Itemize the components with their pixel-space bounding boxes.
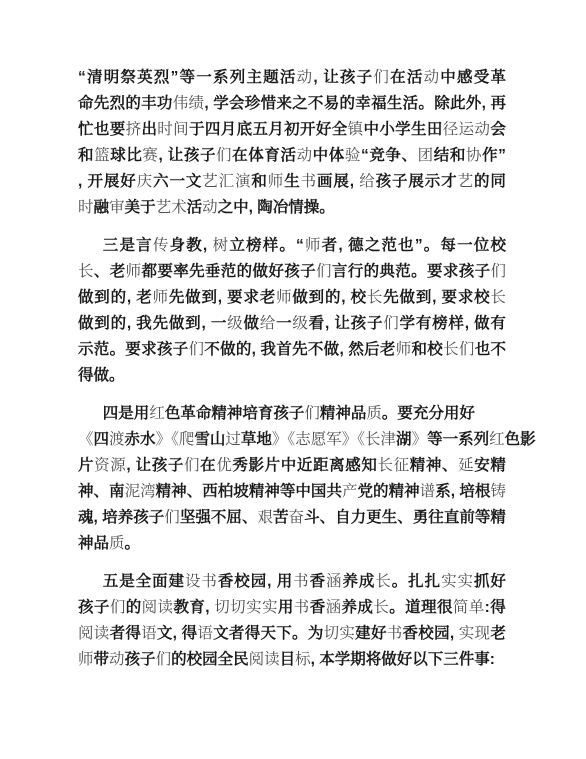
light-glyph: 动	[297, 147, 313, 164]
light-glyph: 优	[216, 457, 232, 474]
light-glyph: 长	[375, 573, 391, 590]
light-glyph: 阅	[78, 625, 94, 642]
light-glyph: 师	[153, 289, 169, 306]
light-glyph: 演	[235, 173, 251, 190]
light-glyph: 《	[357, 431, 365, 448]
paragraph: 五是全面建设书香校园, 用书香涵养成长。扎扎实实抓好孩子们的阅读教育, 切切实实…	[78, 569, 506, 673]
light-glyph: 涵	[326, 573, 342, 590]
document-text: “清明祭英烈”等一系列主题活动, 让孩子们在活动中感受革命先烈的丰功伟绩, 学会…	[78, 65, 506, 685]
text-line: 示范。要求孩子们不做的, 我首先不做, 然后老师和校长们也不	[78, 337, 506, 363]
light-glyph: 们	[110, 599, 126, 616]
light-glyph: 设	[185, 573, 201, 590]
light-glyph: 们	[459, 341, 475, 358]
light-glyph: 庆	[137, 173, 153, 190]
light-glyph: 实	[262, 599, 278, 616]
light-glyph: 师	[396, 341, 412, 358]
light-glyph: 》	[342, 431, 358, 448]
light-glyph: 红	[149, 405, 165, 422]
light-glyph: 协	[466, 147, 482, 164]
document-page: “清明祭英烈”等一系列主题活动, 让孩子们在活动中感受革命先烈的丰功伟绩, 学会…	[0, 0, 586, 759]
light-glyph: 征	[394, 457, 410, 474]
light-glyph: 切	[230, 599, 246, 616]
text-line: 忙也要挤出时间于四月底五月初开好全镇中小学生田径运动会	[78, 117, 506, 143]
text-line: “清明祭英烈”等一系列主题活动, 让孩子们在活动中感受革	[78, 65, 506, 91]
light-glyph: 们	[156, 651, 172, 668]
text-line: 四是用红色革命精神培育孩子们精神品质。要充分用好	[78, 401, 506, 427]
light-glyph: 湾	[140, 483, 156, 500]
light-glyph: 长	[78, 263, 94, 280]
text-line: 三是言传身教, 树立榜样。“师者, 德之范也”。每一位校	[78, 233, 506, 259]
paragraph: 三是言传身教, 树立榜样。“师者, 德之范也”。每一位校长、老师都要率先垂范的做…	[78, 233, 506, 389]
light-glyph: 长	[365, 431, 381, 448]
light-glyph: 术	[171, 199, 187, 216]
light-glyph: 愿	[311, 431, 327, 448]
light-glyph: 书	[293, 573, 309, 590]
light-glyph: 简	[453, 599, 469, 616]
text-line: 神、南泥湾精神、西柏坡精神等中国共产党的精神谱系, 培根铸	[78, 479, 506, 505]
light-glyph: 》	[272, 431, 288, 448]
text-line: 命先烈的丰功伟绩, 学会珍惜来之不易的幸福生活。除此外, 再	[78, 91, 506, 117]
light-glyph: 赛	[142, 147, 158, 164]
light-glyph: 动	[297, 69, 314, 86]
light-glyph: 们	[490, 263, 506, 280]
text-line: 时融审美于艺术活动之中, 陶冶情操。	[78, 195, 506, 221]
light-glyph: 产	[342, 483, 358, 500]
light-glyph: 涵	[326, 599, 342, 616]
light-glyph: 长	[373, 599, 389, 616]
light-glyph: 传	[153, 237, 170, 254]
text-line: 神品质。	[78, 531, 506, 557]
light-glyph: 们	[164, 509, 180, 526]
light-glyph: 《	[78, 431, 94, 448]
light-glyph: 动	[202, 199, 218, 216]
light-glyph: 语	[141, 625, 157, 642]
light-glyph: 师	[268, 173, 284, 190]
light-glyph: 实	[339, 625, 355, 642]
light-glyph: 径	[443, 121, 459, 138]
light-glyph: 单	[469, 599, 485, 616]
light-glyph: 实	[441, 573, 457, 590]
light-glyph: 津	[381, 431, 397, 448]
light-glyph: 艺	[202, 173, 218, 190]
light-glyph: 泥	[125, 483, 141, 500]
light-glyph: 实	[459, 625, 475, 642]
light-glyph: 军	[326, 431, 342, 448]
light-glyph: 现	[475, 625, 491, 642]
light-glyph: 读	[264, 651, 280, 668]
light-glyph: 》	[412, 431, 428, 448]
text-line: 做到的, 我先做到, 一级做给一级看, 让孩子们学有榜样, 做有	[78, 311, 506, 337]
light-glyph: 验	[345, 147, 361, 164]
light-glyph: 源	[110, 457, 126, 474]
light-glyph: 实	[458, 573, 474, 590]
light-glyph: 汇	[219, 173, 235, 190]
light-glyph: 师	[126, 263, 142, 280]
light-glyph: 长	[443, 341, 459, 358]
text-line: , 开展好庆六一文艺汇演和师生书画展, 给孩子展示才艺的同	[78, 169, 506, 195]
light-glyph: 们	[189, 341, 205, 358]
light-glyph: 读	[94, 625, 110, 642]
light-glyph: 们	[383, 315, 399, 332]
light-glyph: 书	[201, 573, 217, 590]
light-glyph: 谱	[420, 483, 436, 500]
light-glyph: 》	[156, 431, 172, 448]
light-glyph: 们	[304, 405, 320, 422]
light-glyph: 切	[324, 625, 340, 642]
light-glyph: 师	[304, 237, 322, 254]
light-glyph: 长	[377, 457, 393, 474]
light-glyph: 师	[276, 289, 292, 306]
light-glyph: 爬	[179, 431, 195, 448]
light-glyph: 红	[489, 431, 505, 448]
light-glyph: 们	[216, 147, 232, 164]
light-glyph: 级	[292, 315, 308, 332]
light-glyph: 团	[418, 147, 434, 164]
text-line: 师带动孩子们的校园全民阅读目标, 本学期将做好以下三件事:	[78, 647, 506, 673]
light-glyph: 质	[366, 405, 382, 422]
light-glyph: 间	[173, 121, 189, 138]
paragraph: “清明祭英烈”等一系列主题活动, 让孩子们在活动中感受革命先烈的丰功伟绩, 学会…	[78, 65, 506, 221]
text-line: 得做。	[78, 363, 506, 389]
light-glyph: 实	[246, 599, 262, 616]
text-line: 和篮球比赛, 让孩子们在体育活动中体验“竞争、团结和协作”	[78, 143, 506, 169]
light-glyph: 延	[458, 457, 474, 474]
light-glyph: 给	[359, 173, 375, 190]
light-glyph: 《	[171, 431, 179, 448]
light-glyph: 艺	[156, 199, 172, 216]
light-glyph: 时	[157, 121, 173, 138]
light-glyph: 挤	[126, 121, 142, 138]
light-glyph: 绩	[189, 95, 205, 112]
light-glyph: 奋	[289, 509, 305, 526]
light-glyph: 运	[459, 121, 475, 138]
text-line: 长、老师都要率先垂范的做好孩子们言行的典范。要求孩子们	[78, 259, 506, 285]
light-glyph: 志	[295, 431, 311, 448]
light-glyph: 铸	[490, 483, 506, 500]
paragraph: 四是用红色革命精神培育孩子们精神品质。要充分用好《四渡赤水》《爬雪山过草地》《志…	[78, 401, 506, 557]
light-glyph: 时	[78, 199, 94, 216]
light-glyph: 镇	[348, 121, 364, 138]
text-line: 《四渡赤水》《爬雪山过草地》《志愿军》《长津湖》等一系列红色影	[78, 427, 506, 453]
light-glyph: 质	[109, 535, 125, 552]
light-glyph: 树	[213, 237, 230, 254]
light-glyph: 长	[490, 289, 506, 306]
text-line: 片资源, 让孩子们在优秀影片中近距离感知长征精神、延安精	[78, 453, 506, 479]
light-glyph: 动	[109, 651, 125, 668]
light-glyph: 渡	[109, 431, 125, 448]
light-glyph: 艺	[458, 173, 474, 190]
light-glyph: 书	[294, 599, 310, 616]
light-glyph: 们	[184, 457, 200, 474]
light-glyph: 切	[214, 599, 230, 616]
light-glyph: 过	[225, 431, 241, 448]
light-glyph: 师	[78, 651, 94, 668]
light-glyph: 们	[373, 69, 390, 86]
light-glyph: 书	[301, 173, 317, 190]
text-line: 阅读者得语文, 得语文者得天下。为切实建好书香校园, 实现老	[78, 621, 506, 647]
light-glyph: 篮	[94, 147, 110, 164]
text-line: 五是全面建设书香校园, 用书香涵养成长。扎扎实实抓好	[78, 569, 506, 595]
light-glyph: 长	[367, 289, 383, 306]
text-line: 魂, 培养孩子们坚强不屈、艰苦奋斗、自力更生、勇往直前等精	[78, 505, 506, 531]
light-glyph: 读	[158, 599, 174, 616]
text-line: 孩子们的阅读教育, 切切实实用书香涵养成长。道理很简单:得	[78, 595, 506, 621]
light-glyph: 级	[227, 315, 243, 332]
light-glyph: 阅	[249, 651, 265, 668]
light-glyph: 动	[424, 69, 441, 86]
text-line: 做到的, 老师先做到, 要求老师做到的, 校长先做到, 要求校长	[78, 285, 506, 311]
light-glyph: 伟	[173, 95, 189, 112]
light-glyph: 资	[94, 457, 110, 474]
light-glyph: 语	[197, 625, 213, 642]
light-glyph: 给	[260, 315, 276, 332]
light-glyph: 们	[316, 263, 332, 280]
light-glyph: 标	[295, 651, 311, 668]
light-glyph: 艰	[257, 509, 273, 526]
light-glyph: 审	[109, 199, 125, 216]
light-glyph: 动	[474, 121, 490, 138]
light-glyph: 阅	[142, 599, 158, 616]
light-glyph: 书	[387, 625, 403, 642]
